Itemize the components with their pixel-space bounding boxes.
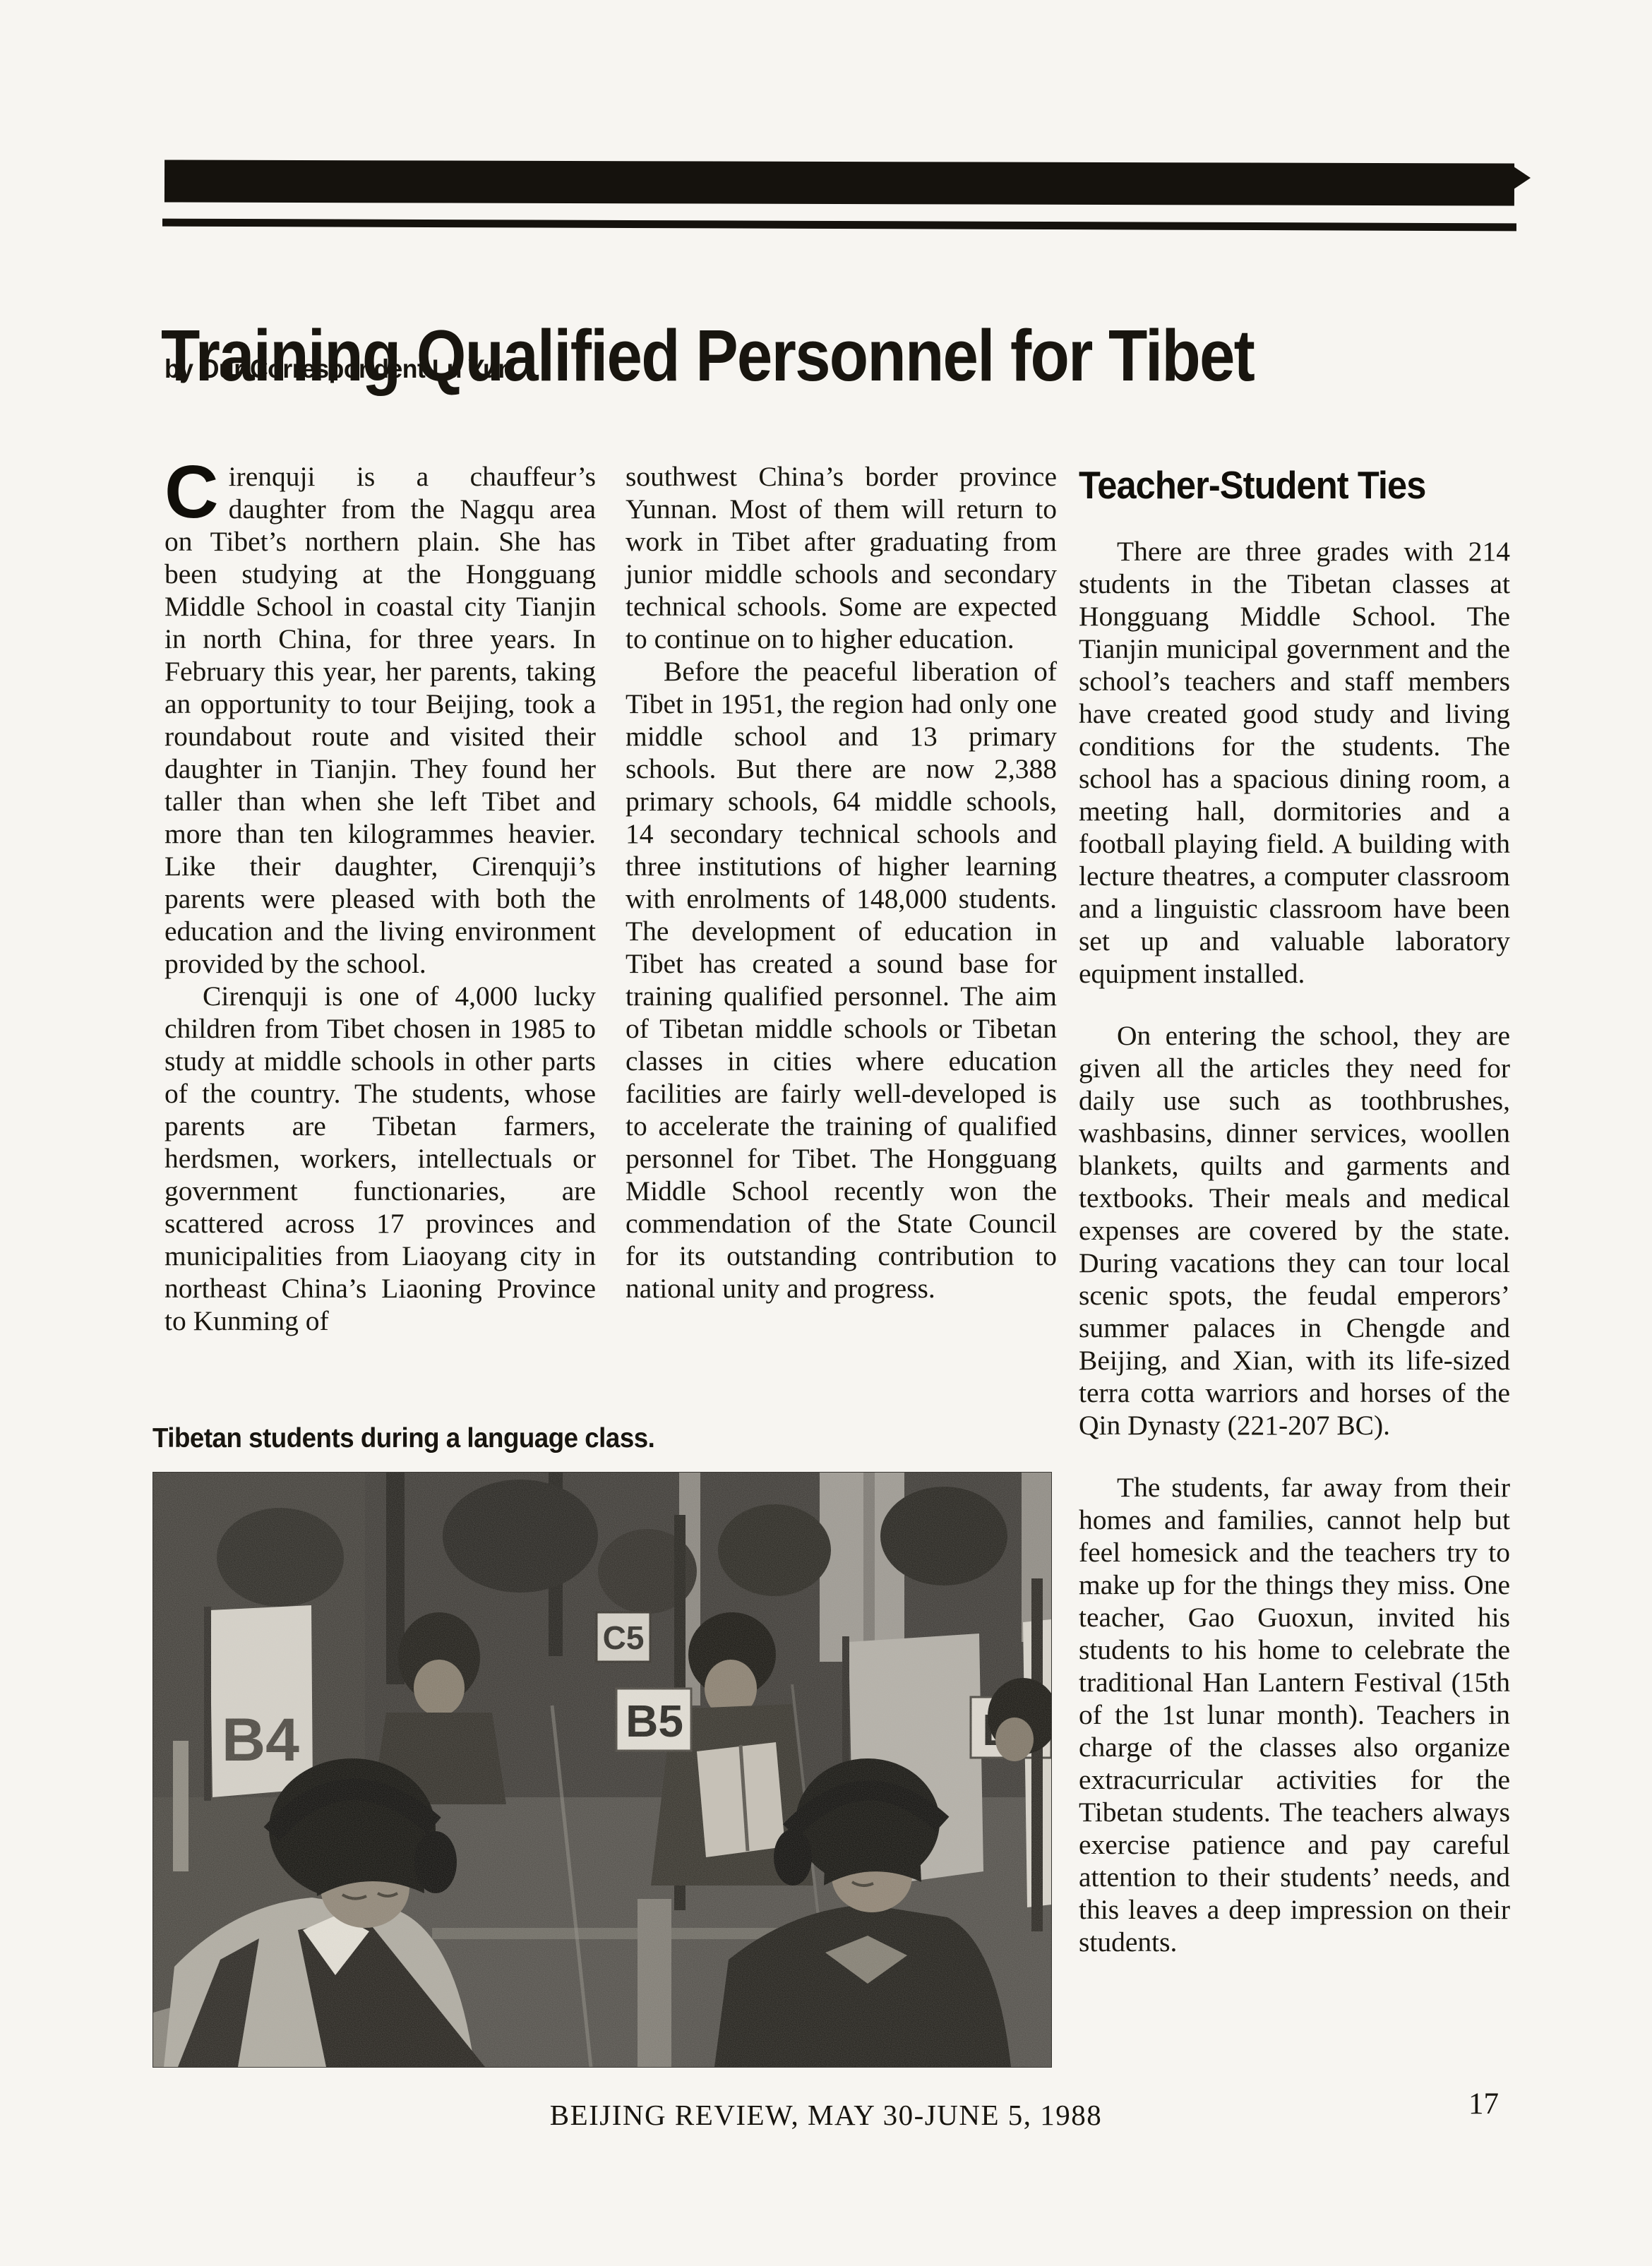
body-paragraph: southwest China’s border province Yunnan… — [626, 460, 1057, 655]
body-paragraph: Before the peaceful liberation of Tibet … — [626, 655, 1057, 1305]
top-rule-thin — [162, 219, 1516, 232]
photo-image: B4 C5 B5 B5 — [153, 1473, 1051, 2067]
top-rule-thick — [164, 160, 1514, 205]
text-column-2: southwest China’s border province Yunnan… — [626, 460, 1057, 1305]
section-heading: Teacher-Student Ties — [1079, 469, 1476, 501]
body-paragraph: There are three grades with 214 students… — [1079, 535, 1510, 990]
page-number: 17 — [1468, 2087, 1499, 2121]
top-rule-tail — [1514, 167, 1531, 189]
body-paragraph: The students, far away from their homes … — [1079, 1471, 1510, 1958]
photo-language-class: B4 C5 B5 B5 — [153, 1473, 1051, 2067]
body-paragraph: Cirenquji is one of 4,000 lucky children… — [164, 980, 596, 1337]
footer-journal-line: BEIJING REVIEW, MAY 30-JUNE 5, 1988 — [0, 2098, 1652, 2132]
article-byline: by Our Correspondent Lu Yun — [164, 354, 513, 384]
body-paragraph: Cirenquji is a chauffeur’s daughter from… — [164, 460, 596, 980]
text-column-1: Cirenquji is a chauffeur’s daughter from… — [164, 460, 596, 1337]
text-column-3: Teacher-Student Ties There are three gra… — [1079, 469, 1510, 1958]
body-paragraph: On entering the school, they are given a… — [1079, 1019, 1510, 1441]
halftone-grain — [153, 1473, 1051, 2067]
photo-caption: Tibetan students during a language class… — [152, 1423, 654, 1454]
